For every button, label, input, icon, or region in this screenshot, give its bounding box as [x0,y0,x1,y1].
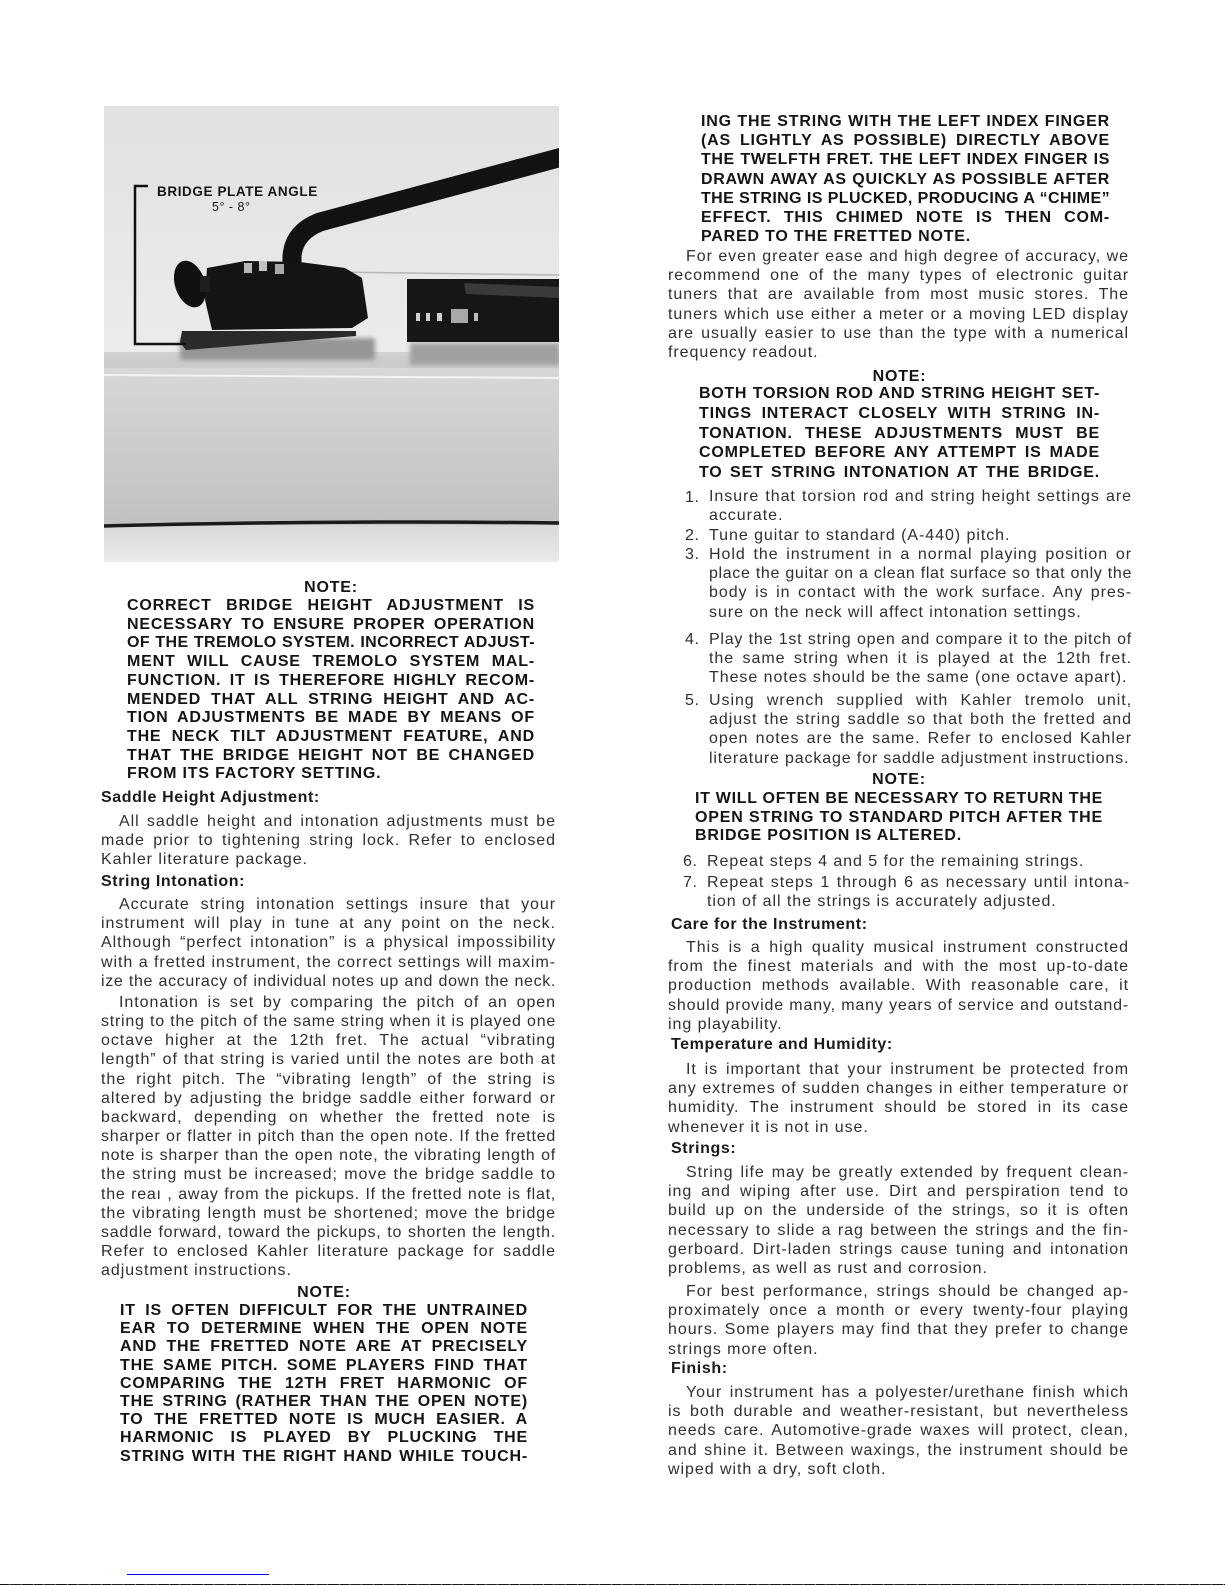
text-line: body is in contact with the work surface… [709,583,1132,602]
text-line: problems, as well as rust and corrosion. [668,1259,1129,1278]
text-line: the string must be increased; move the b… [101,1165,556,1184]
text-line: gerboard. Dirt-laden strings cause tunin… [668,1240,1129,1259]
text-line: production methods available. With reaso… [668,976,1129,995]
text-line: place the guitar on a clean flat surface… [709,564,1132,583]
text-line: These notes should be the same (one octa… [709,668,1132,687]
text-line: Intonation is set by comparing the pitch… [101,993,556,1012]
text-line: made prior to tightening string lock. Re… [101,831,556,850]
text-line: Play the 1st string open and compare it … [709,630,1132,649]
text-line: ing playability. [668,1015,1129,1034]
text-line: whenever it is not in use. [668,1118,1129,1137]
bridge-plate-angle-label: BRIDGE PLATE ANGLE [157,185,318,199]
text-line: MENDED THAT ALL STRING HEIGHT AND AC- [127,691,535,710]
text-line: adjust the string saddle so that both th… [709,710,1132,729]
text-line: TINGS INTERACT CLOSELY WITH STRING IN- [699,404,1100,424]
text-line: tuners which use either a meter or a mov… [668,305,1129,324]
bridge-body [205,261,368,330]
text-line: BOTH TORSION ROD AND STRING HEIGHT SET- [699,384,1100,404]
step-number: 1. [685,488,707,507]
text-line: COMPARING THE 12TH FRET HARMONIC OF [120,1375,528,1393]
text-line: wiped with a dry, soft cloth. [668,1460,1129,1479]
text-line: sure on the neck will affect intonation … [709,603,1132,622]
note-bridge-height: CORRECT BRIDGE HEIGHT ADJUSTMENT ISNECES… [127,597,535,784]
step-number: 2. [685,526,707,545]
text-line: recommend one of the many types of elect… [668,266,1129,285]
step-number: 5. [685,691,707,710]
step-item: 6. Repeat steps 4 and 5 for the remainin… [683,852,1130,871]
text-line: FUNCTION. IT IS THEREFORE HIGHLY RECOM- [127,672,535,691]
section-heading-saddle-height: Saddle Height Adjustment: [101,788,320,807]
guitar-body-top [104,356,559,526]
text-line: THE TWELFTH FRET. THE LEFT INDEX FINGER … [701,150,1110,169]
text-line: STRING WITH THE RIGHT HAND WHILE TOUCH- [120,1448,528,1466]
section-heading-strings: Strings: [671,1139,736,1158]
step-text: Tune guitar to standard (A-440) pitch. [709,526,1132,545]
text-line: TION ADJUSTMENTS BE MADE BY MEANS OF [127,709,535,728]
paragraph: It is important that your instrument be … [668,1060,1129,1137]
text-line: This is a high quality musical instrumen… [668,938,1129,957]
text-line: accurate. [709,507,1132,526]
section-heading-finish: Finish: [671,1359,728,1378]
step-item: 1. Insure that torsion rod and string he… [685,488,1132,526]
paragraph: All saddle height and intonation adjustm… [101,812,556,870]
section-heading-temperature-humidity: Temperature and Humidity: [671,1035,893,1054]
note-heading: NOTE: [127,578,535,597]
text-line: MENT WILL CAUSE TREMOLO SYSTEM MAL- [127,653,535,672]
text-line: ING THE STRING WITH THE LEFT INDEX FINGE… [701,112,1110,131]
text-line: should provide many, many years of servi… [668,996,1129,1015]
paragraph: This is a high quality musical instrumen… [668,938,1129,1034]
text-line: OF THE TREMOLO SYSTEM. INCORRECT ADJUST- [127,634,535,653]
text-line: BRIDGE POSITION IS ALTERED. [695,827,1103,846]
step-text: Insure that torsion rod and string heigh… [709,488,1132,526]
text-line: instrument will play in tune at any poin… [101,914,556,933]
step-number: 4. [685,630,707,649]
text-line: (AS LIGHTLY AS POSSIBLE) DIRECTLY ABOVE [701,131,1110,150]
text-line: from the finest materials and with the m… [668,957,1129,976]
text-line: the same string when it is played at the… [709,649,1132,668]
section-heading-care: Care for the Instrument: [671,915,868,934]
text-line: For even greater ease and high degree of… [668,247,1129,266]
text-line: Repeat steps 4 and 5 for the remaining s… [707,852,1130,871]
text-line: literature package for saddle adjustment… [709,749,1132,768]
text-line: Repeat steps 1 through 6 as necessary un… [707,873,1130,892]
bridge-photo: BRIDGE PLATE ANGLE 5° - 8° [104,106,559,562]
text-line: IT WILL OFTEN BE NECESSARY TO RETURN THE [695,790,1103,809]
text-line: Tune guitar to standard (A-440) pitch. [709,526,1132,545]
text-line: needs care. Automotive-grade waxes will … [668,1421,1129,1440]
step-text: Play the 1st string open and compare it … [709,630,1132,688]
text-line: ing and wiping after use. Dirt and persp… [668,1182,1129,1201]
bridge-photo-illustration [104,106,559,562]
text-line: altered by adjusting the bridge saddle e… [101,1089,556,1108]
text-line: and shine it. Between waxings, the instr… [668,1441,1129,1460]
text-line: EFFECT. THIS CHIMED NOTE IS THEN COM- [701,208,1110,227]
text-line: Hold the instrument in a normal playing … [709,545,1132,564]
text-line: EAR TO DETERMINE WHEN THE OPEN NOTE [120,1320,528,1338]
text-line: length” of that string is varied until t… [101,1050,556,1069]
step-item: 7. Repeat steps 1 through 6 as necessary… [683,873,1130,911]
link-underline [127,1574,269,1575]
document-page: BRIDGE PLATE ANGLE 5° - 8° NOTE: CORRECT… [0,0,1225,1585]
bridge-plate-angle-value: 5° - 8° [212,200,251,214]
text-line: ize the accuracy of individual notes up … [101,972,556,991]
text-line: CORRECT BRIDGE HEIGHT ADJUSTMENT IS [127,597,535,616]
text-line: TO SET STRING INTONATION AT THE BRIDGE. [699,463,1100,483]
note-heading: NOTE: [120,1283,528,1302]
paragraph: Intonation is set by comparing the pitch… [101,993,556,1280]
text-line: are usually easier to use than the type … [668,324,1129,343]
tailpiece-marking [426,313,430,321]
text-line: Although “perfect intonation” is a physi… [101,933,556,952]
text-line: tuners that are available from most musi… [668,285,1129,304]
step-text: Using wrench supplied with Kahler tremol… [709,691,1132,768]
guitar-body-lower [104,525,559,562]
step-number: 6. [683,852,705,871]
bridge-saddle [275,264,284,274]
paragraph: For best performance, strings should be … [668,1282,1129,1359]
text-line: Your instrument has a polyester/urethane… [668,1383,1129,1402]
tailpiece-marking [437,313,442,321]
paragraph: Your instrument has a polyester/urethane… [668,1383,1129,1479]
text-line: It is important that your instrument be … [668,1060,1129,1079]
text-line: build up on the underside of the strings… [668,1201,1129,1220]
text-line: OPEN STRING TO STANDARD PITCH AFTER THE [695,809,1103,828]
text-line: PARED TO THE FRETTED NOTE. [701,227,1110,246]
text-line: AND THE FRETTED NOTE ARE AT PRECISELY [120,1338,528,1356]
text-line: the right pitch. The “vibrating length” … [101,1070,556,1089]
bridge-saddle [244,263,252,273]
step-item: 3. Hold the instrument in a normal playi… [685,545,1132,622]
text-line: THE STRING (RATHER THAN THE OPEN NOTE) [120,1393,528,1411]
step-text: Hold the instrument in a normal playing … [709,545,1132,622]
step-item: 5. Using wrench supplied with Kahler tre… [685,691,1132,768]
paragraph: Accurate string intonation settings insu… [101,895,556,991]
section-heading-string-intonation: String Intonation: [101,872,245,891]
text-line: TONATION. THESE ADJUSTMENTS MUST BE [699,424,1100,444]
step-number: 3. [685,545,707,564]
text-line: octave higher at the 12th fret. The actu… [101,1031,556,1050]
text-line: All saddle height and intonation adjustm… [101,812,556,831]
text-line: Insure that torsion rod and string heigh… [709,488,1132,507]
tailpiece-reflection [410,343,559,365]
text-line: open notes are the same. Refer to enclos… [709,729,1132,748]
note-torsion-rod: BOTH TORSION ROD AND STRING HEIGHT SET-T… [699,384,1100,483]
text-line: humidity. The instrument should be store… [668,1098,1129,1117]
text-line: Accurate string intonation settings insu… [101,895,556,914]
text-line: sharper or flatter in pitch than the ope… [101,1127,556,1146]
note-heading: NOTE: [695,770,1103,789]
note-harmonic-continued: ING THE STRING WITH THE LEFT INDEX FINGE… [701,112,1110,246]
paragraph: String life may be greatly extended by f… [668,1163,1129,1278]
text-line: strings more often. [668,1340,1129,1359]
text-line: NECESSARY TO ENSURE PROPER OPERATION [127,616,535,635]
text-line: For best performance, strings should be … [668,1282,1129,1301]
tailpiece-marking [451,309,468,323]
text-line: IT IS OFTEN DIFFICULT FOR THE UNTRAINED [120,1302,528,1320]
text-line: hours. Some players may find that they p… [668,1320,1129,1339]
step-text: Repeat steps 1 through 6 as necessary un… [707,873,1130,911]
text-line: is both durable and weather-resistant, b… [668,1402,1129,1421]
text-line: THAT THE BRIDGE HEIGHT NOT BE CHANGED [127,747,535,766]
step-text: Repeat steps 4 and 5 for the remaining s… [707,852,1130,871]
note-harmonic: IT IS OFTEN DIFFICULT FOR THE UNTRAINEDE… [120,1302,528,1466]
text-line: COMPLETED BEFORE ANY ATTEMPT IS MADE [699,443,1100,463]
step-number: 7. [683,873,705,892]
text-line: THE SAME PITCH. SOME PLAYERS FIND THAT [120,1357,528,1375]
knob-stem [200,276,210,292]
text-line: THE NECK TILT ADJUSTMENT FEATURE, AND [127,728,535,747]
text-line: the vibrating length must be shortened; … [101,1204,556,1223]
text-line: backward, depending on whether the frett… [101,1108,556,1127]
text-line: saddle forward, toward the pickups, to s… [101,1223,556,1242]
text-line: with a fretted instrument, the correct s… [101,953,556,972]
text-line: the reaı , away from the pickups. If the… [101,1185,556,1204]
text-line: Refer to enclosed Kahler literature pack… [101,1242,556,1261]
text-line: frequency readout. [668,343,1129,362]
text-line: Using wrench supplied with Kahler tremol… [709,691,1132,710]
text-line: THE STRING IS PLUCKED, PRODUCING A “CHIM… [701,189,1110,208]
text-line: string to the pitch of the same string w… [101,1012,556,1031]
paragraph: For even greater ease and high degree of… [668,247,1129,362]
text-line: adjustment instructions. [101,1261,556,1280]
text-line: DRAWN AWAY AS QUICKLY AS POSSIBLE AFTER [701,170,1110,189]
text-line: note is sharper than the open note, the … [101,1146,556,1165]
text-line: String life may be greatly extended by f… [668,1163,1129,1182]
step-item: 4. Play the 1st string open and compare … [685,630,1132,688]
tailpiece-marking [416,313,420,321]
text-line: necessary to slide a rag between the str… [668,1221,1129,1240]
text-line: FROM ITS FACTORY SETTING. [127,765,535,784]
text-line: any extremes of sudden changes in either… [668,1079,1129,1098]
text-line: TO THE FRETTED NOTE IS MUCH EASIER. A [120,1411,528,1429]
text-line: proximately once a month or every twenty… [668,1301,1129,1320]
text-line: HARMONIC IS PLAYED BY PLUCKING THE [120,1429,528,1447]
tailpiece-marking [474,313,478,321]
note-open-string: IT WILL OFTEN BE NECESSARY TO RETURN THE… [695,790,1103,846]
text-line: Kahler literature package. [101,850,556,869]
step-item: 2. Tune guitar to standard (A-440) pitch… [685,526,1132,545]
bridge-saddle [259,261,267,271]
text-line: tion of all the strings is accurately ad… [707,892,1130,911]
